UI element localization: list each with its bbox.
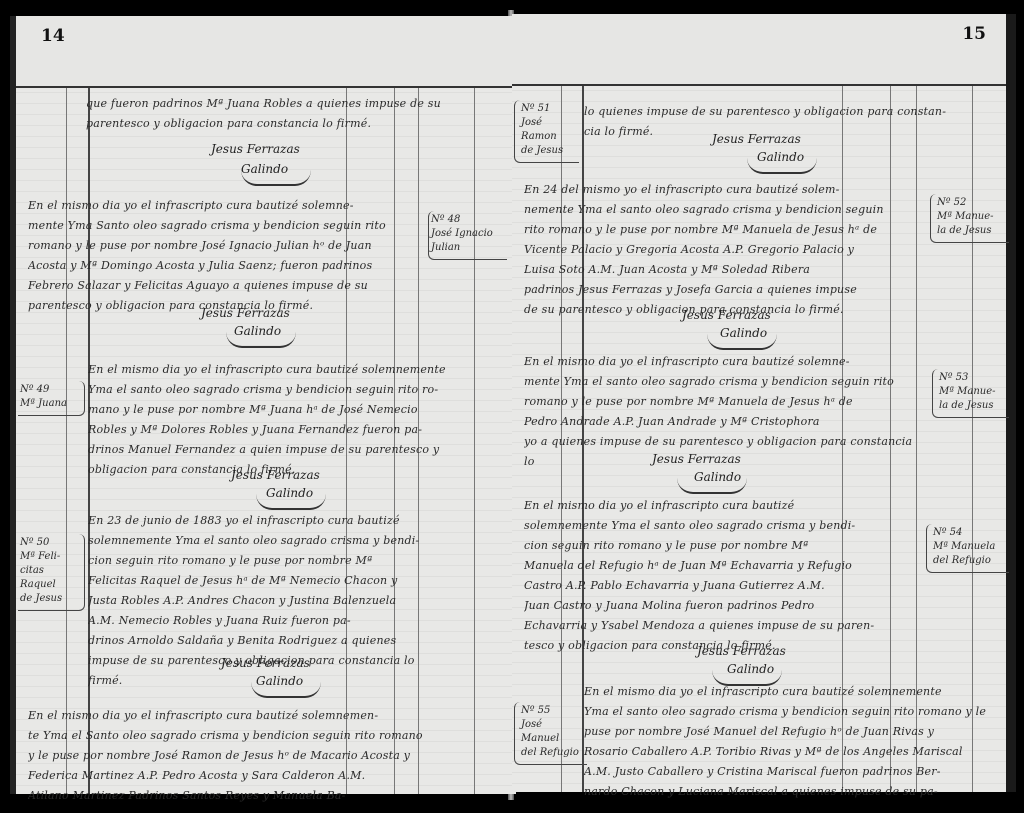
signature-flourish (226, 332, 296, 348)
left-page-header: 14 (16, 16, 516, 88)
right-page-header: 15 (512, 14, 1006, 86)
signature-flourish (251, 682, 321, 698)
signature-flourish (707, 334, 777, 350)
entry-text: En el mismo dia yo el infrascripto cura … (584, 682, 1004, 804)
signature-flourish (241, 170, 311, 186)
margin-note: Nº 50 Mª Feli- citas Raquel de Jesus (18, 534, 85, 611)
entry-text: que fueron padrinos Mª Juana Robles a qu… (86, 94, 506, 138)
page-number: 15 (962, 24, 986, 44)
margin-note: Nº 49 Mª Juana (18, 381, 85, 416)
signature-name: Jesus Ferrazas (682, 308, 771, 322)
margin-note: Nº 55 José Manuel del Refugio (514, 702, 587, 765)
margin-note: Nº 52 Mª Manue- la de Jesus (930, 194, 1009, 243)
margin-note: Nº 51 José Ramon de Jesus (514, 100, 579, 163)
entry-text: En el mismo dia yo el infrascripto cura … (28, 196, 428, 318)
entry-text: En el mismo dia yo el infrascripto cura … (28, 706, 508, 808)
margin-note: Nº 48 José Ignacio Julian (428, 211, 507, 260)
entry-text: En el mismo dia yo el infrascripto cura … (524, 496, 924, 658)
signature-flourish (747, 158, 817, 174)
entry-text: En el mismo dia yo el infrascripto cura … (88, 360, 508, 482)
signature-name: Jesus Ferrazas (231, 468, 320, 482)
column-rule (66, 88, 67, 794)
signature-name: Jesus Ferrazas (211, 142, 300, 156)
signature-name: Jesus Ferrazas (697, 644, 786, 658)
signature-name: Jesus Ferrazas (201, 306, 290, 320)
signature-name: Jesus Ferrazas (712, 132, 801, 146)
signature-name: Jesus Ferrazas (652, 452, 741, 466)
signature-flourish (677, 478, 747, 494)
signature-flourish (256, 494, 326, 510)
left-page: 14 que fueron padrinos Mª Juana Robles a… (10, 16, 516, 794)
entry-text: En 24 del mismo yo el infrascripto cura … (524, 180, 924, 322)
margin-note: Nº 53 Mª Manue- la de Jesus (932, 369, 1009, 418)
page-number: 14 (41, 26, 65, 46)
right-page: 15 Nº 51 José Ramon de Jesus lo quienes … (512, 14, 1016, 792)
margin-note: Nº 54 Mª Manuela del Refugio (926, 524, 1009, 573)
signature-name: Jesus Ferrazas (221, 656, 310, 670)
